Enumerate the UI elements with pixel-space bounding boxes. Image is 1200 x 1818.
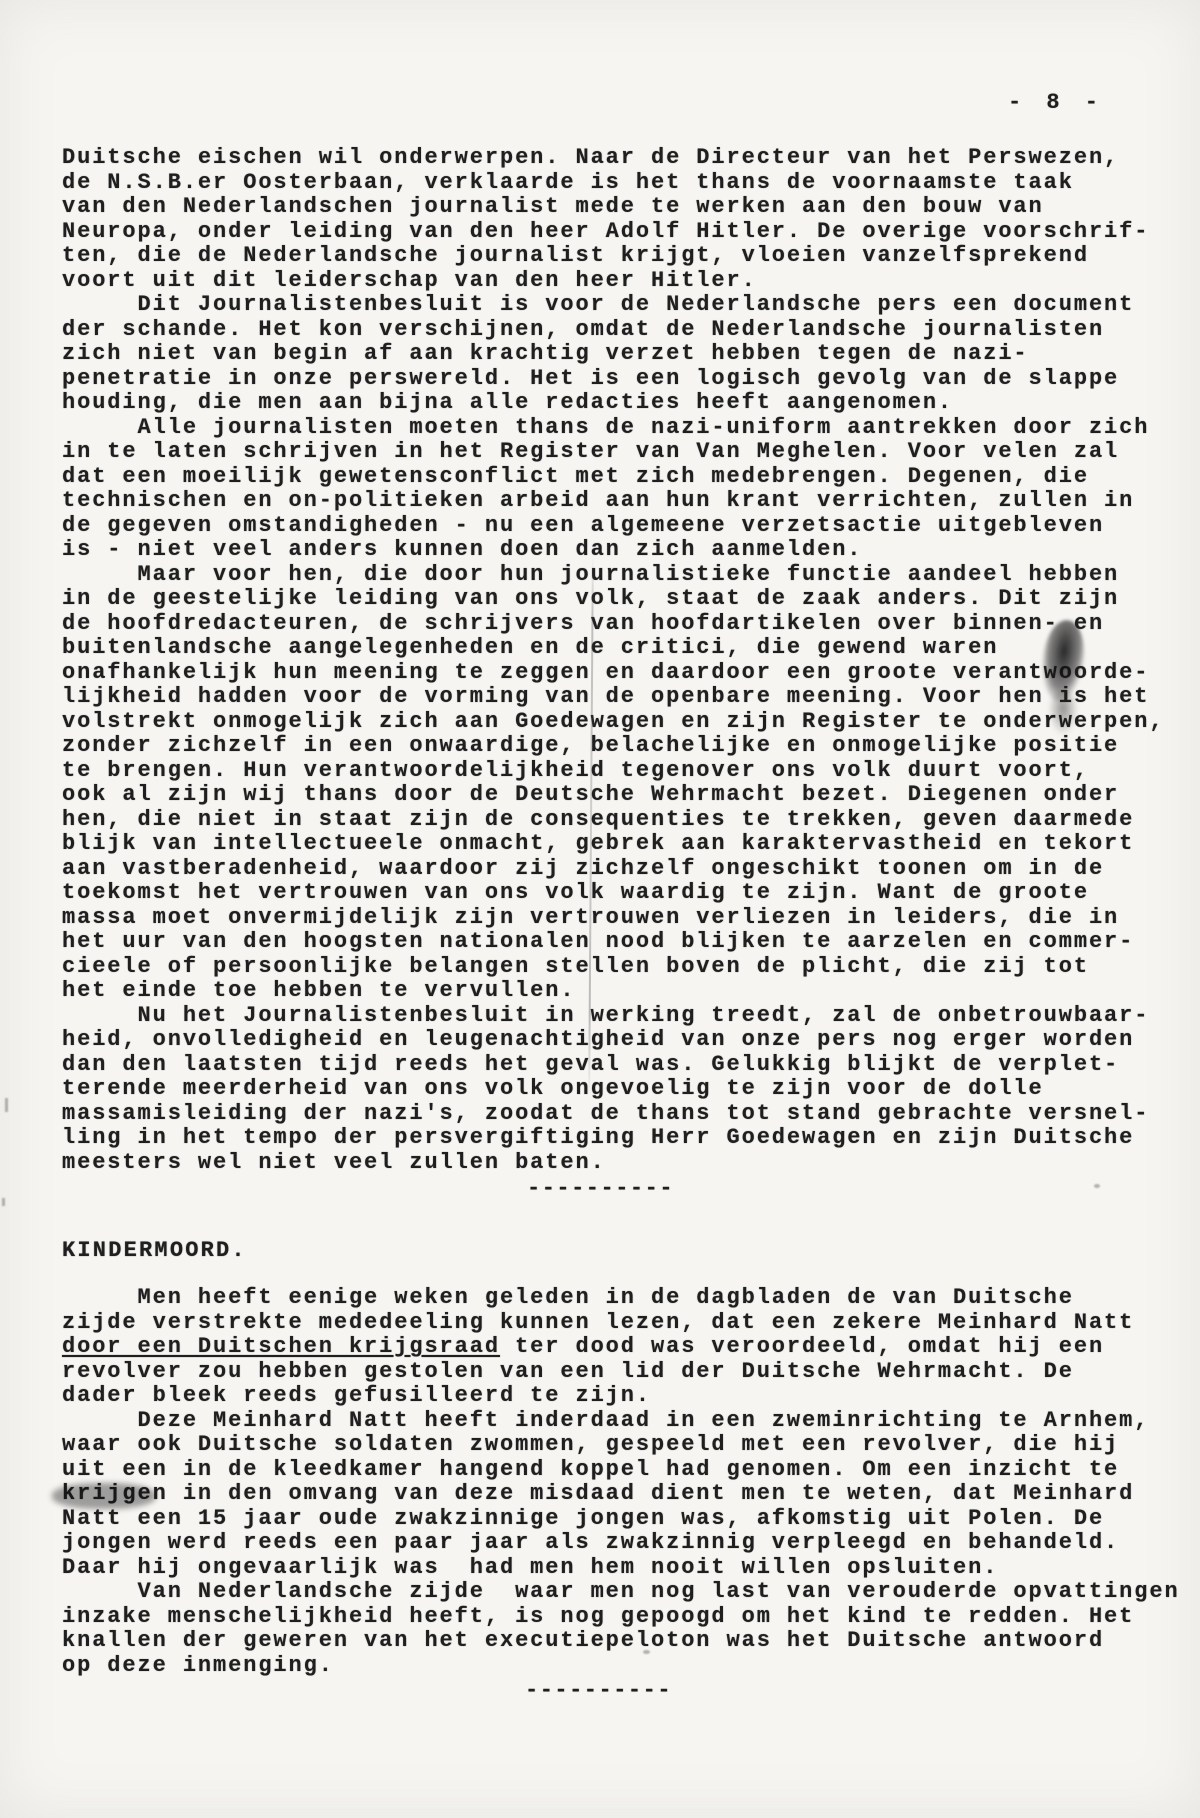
paragraph: Maar voor hen, die door hun journalistie…	[62, 563, 1196, 1004]
section-heading-kindermoord: KINDERMOORD.	[62, 1238, 247, 1263]
text-line: Men heeft eenige weken geleden in de dag…	[62, 1286, 1196, 1311]
scanned-document-page: - 8 - Duitsche eischen wil onderwerpen. …	[0, 0, 1200, 1818]
text-line: te brengen. Hun verantwoordelijkheid teg…	[62, 759, 1196, 784]
text-line: dan den laatsten tijd reeds het geval wa…	[62, 1053, 1196, 1078]
ink-blot-over-word	[52, 1483, 156, 1509]
text-line: onafhankelijk hun meening te zeggen en d…	[62, 661, 1196, 686]
ink-smudge-tail	[1048, 690, 1078, 736]
dashed-separator: ----------	[527, 1176, 674, 1201]
text-line: door een Duitschen krijgsraad ter dood w…	[62, 1335, 1196, 1360]
text-line: Dit Journalistenbesluit is voor de Neder…	[62, 293, 1196, 318]
text-line: cieele of persoonlijke belangen stellen …	[62, 955, 1196, 980]
paragraph: Duitsche eischen wil onderwerpen. Naar d…	[62, 146, 1196, 293]
article-press-decree: Duitsche eischen wil onderwerpen. Naar d…	[62, 146, 1196, 1175]
text-line: lijkheid hadden voor de vorming van de o…	[62, 685, 1196, 710]
text-line: volstrekt onmogelijk zich aan Goedewagen…	[62, 710, 1196, 735]
text-line: Daar hij ongevaarlijk was had men hem no…	[62, 1556, 1196, 1581]
text-line: zonder zichzelf in een onwaardige, belac…	[62, 734, 1196, 759]
scan-speck	[643, 1650, 650, 1654]
text-line: ook al zijn wij thans door de Deutsche W…	[62, 783, 1196, 808]
text-line: Maar voor hen, die door hun journalistie…	[62, 563, 1196, 588]
text-line: jongen werd reeds een paar jaar als zwak…	[62, 1531, 1196, 1556]
text-line: zich niet van begin af aan krachtig verz…	[62, 342, 1196, 367]
text-line: de gegeven omstandigheden - nu een algem…	[62, 514, 1196, 539]
text-line: toekomst het vertrouwen van ons volk waa…	[62, 881, 1196, 906]
text-line: uit een in de kleedkamer hangend koppel …	[62, 1458, 1196, 1483]
dashed-separator: ----------	[525, 1678, 672, 1703]
text-line: buitenlandsche aangelegenheden en de cri…	[62, 636, 1196, 661]
text-line: in te laten schrijven in het Register va…	[62, 440, 1196, 465]
paragraph: Men heeft eenige weken geleden in de dag…	[62, 1286, 1196, 1409]
scan-speck	[1094, 1184, 1100, 1188]
paragraph: Van Nederlandsche zijde waar men nog las…	[62, 1580, 1196, 1678]
text-line: Natt een 15 jaar oude zwakzinnige jongen…	[62, 1507, 1196, 1532]
text-line: de N.S.B.er Oosterbaan, verklaarde is he…	[62, 171, 1196, 196]
text-line: der schande. Het kon verschijnen, omdat …	[62, 318, 1196, 343]
text-line: op deze inmenging.	[62, 1654, 1196, 1679]
article-kindermoord: Men heeft eenige weken geleden in de dag…	[62, 1286, 1196, 1678]
text-line: de hoofdredacteuren, de schrijvers van h…	[62, 612, 1196, 637]
text-line: voort uit dit leiderschap van den heer H…	[62, 269, 1196, 294]
text-line: Alle journalisten moeten thans de nazi-u…	[62, 416, 1196, 441]
text-line: Neuropa, onder leiding van den heer Adol…	[62, 220, 1196, 245]
text-line: penetratie in onze perswereld. Het is ee…	[62, 367, 1196, 392]
text-line: revolver zou hebben gestolen van een lid…	[62, 1360, 1196, 1385]
text-line: is - niet veel anders kunnen doen dan zi…	[62, 538, 1196, 563]
paragraph: Dit Journalistenbesluit is voor de Neder…	[62, 293, 1196, 416]
underlined-phrase: door een Duitschen krijgsraad	[62, 1334, 500, 1359]
text-line: aan vastberadenheid, waardoor zij zichze…	[62, 857, 1196, 882]
text-line: van den Nederlandschen journalist mede t…	[62, 195, 1196, 220]
text-line: Nu het Journalistenbesluit in werking tr…	[62, 1004, 1196, 1029]
text-line: Duitsche eischen wil onderwerpen. Naar d…	[62, 146, 1196, 171]
text-line: zijde verstrekte mededeeling kunnen leze…	[62, 1311, 1196, 1336]
paragraph: Deze Meinhard Natt heeft inderdaad in ee…	[62, 1409, 1196, 1581]
text-line: waar ook Duitsche soldaten zwommen, gesp…	[62, 1433, 1196, 1458]
text-line: massamisleiding der nazi's, zoodat de th…	[62, 1102, 1196, 1127]
text-line: ling in het tempo der persvergiftiging H…	[62, 1126, 1196, 1151]
scan-speck	[2, 1198, 5, 1206]
text-line: dat een moeilijk gewetensconflict met zi…	[62, 465, 1196, 490]
text-line: blijk van intellectueele onmacht, gebrek…	[62, 832, 1196, 857]
text-line: massa moet onvermijdelijk zijn vertrouwe…	[62, 906, 1196, 931]
text-line: ten, die de Nederlandsche journalist kri…	[62, 244, 1196, 269]
text-line: dader bleek reeds gefusilleerd te zijn.	[62, 1384, 1196, 1409]
text-line: terende meerderheid van ons volk ongevoe…	[62, 1077, 1196, 1102]
text-line: krijgen in den omvang van deze misdaad d…	[62, 1482, 1196, 1507]
scan-speck	[5, 1098, 8, 1112]
text-line: het uur van den hoogsten nationalen nood…	[62, 930, 1196, 955]
text-line: houding, die men aan bijna alle redactie…	[62, 391, 1196, 416]
text-line: heid, onvolledigheid en leugenachtigheid…	[62, 1028, 1196, 1053]
paragraph: Alle journalisten moeten thans de nazi-u…	[62, 416, 1196, 563]
text-line: technischen en on-politieken arbeid aan …	[62, 489, 1196, 514]
text-line: meesters wel niet veel zullen baten.	[62, 1151, 1196, 1176]
text-line: knallen der geweren van het executiepelo…	[62, 1629, 1196, 1654]
text-line: inzake menschelijkheid heeft, is nog gep…	[62, 1605, 1196, 1630]
paragraph: Nu het Journalistenbesluit in werking tr…	[62, 1004, 1196, 1176]
text-line: Deze Meinhard Natt heeft inderdaad in ee…	[62, 1409, 1196, 1434]
text-line: in de geestelijke leiding van ons volk, …	[62, 587, 1196, 612]
page-number: - 8 -	[1008, 90, 1104, 115]
text-line: Van Nederlandsche zijde waar men nog las…	[62, 1580, 1196, 1605]
text-line: hen, die niet in staat zijn de consequen…	[62, 808, 1196, 833]
text-line: het einde toe hebben te vervullen.	[62, 979, 1196, 1004]
